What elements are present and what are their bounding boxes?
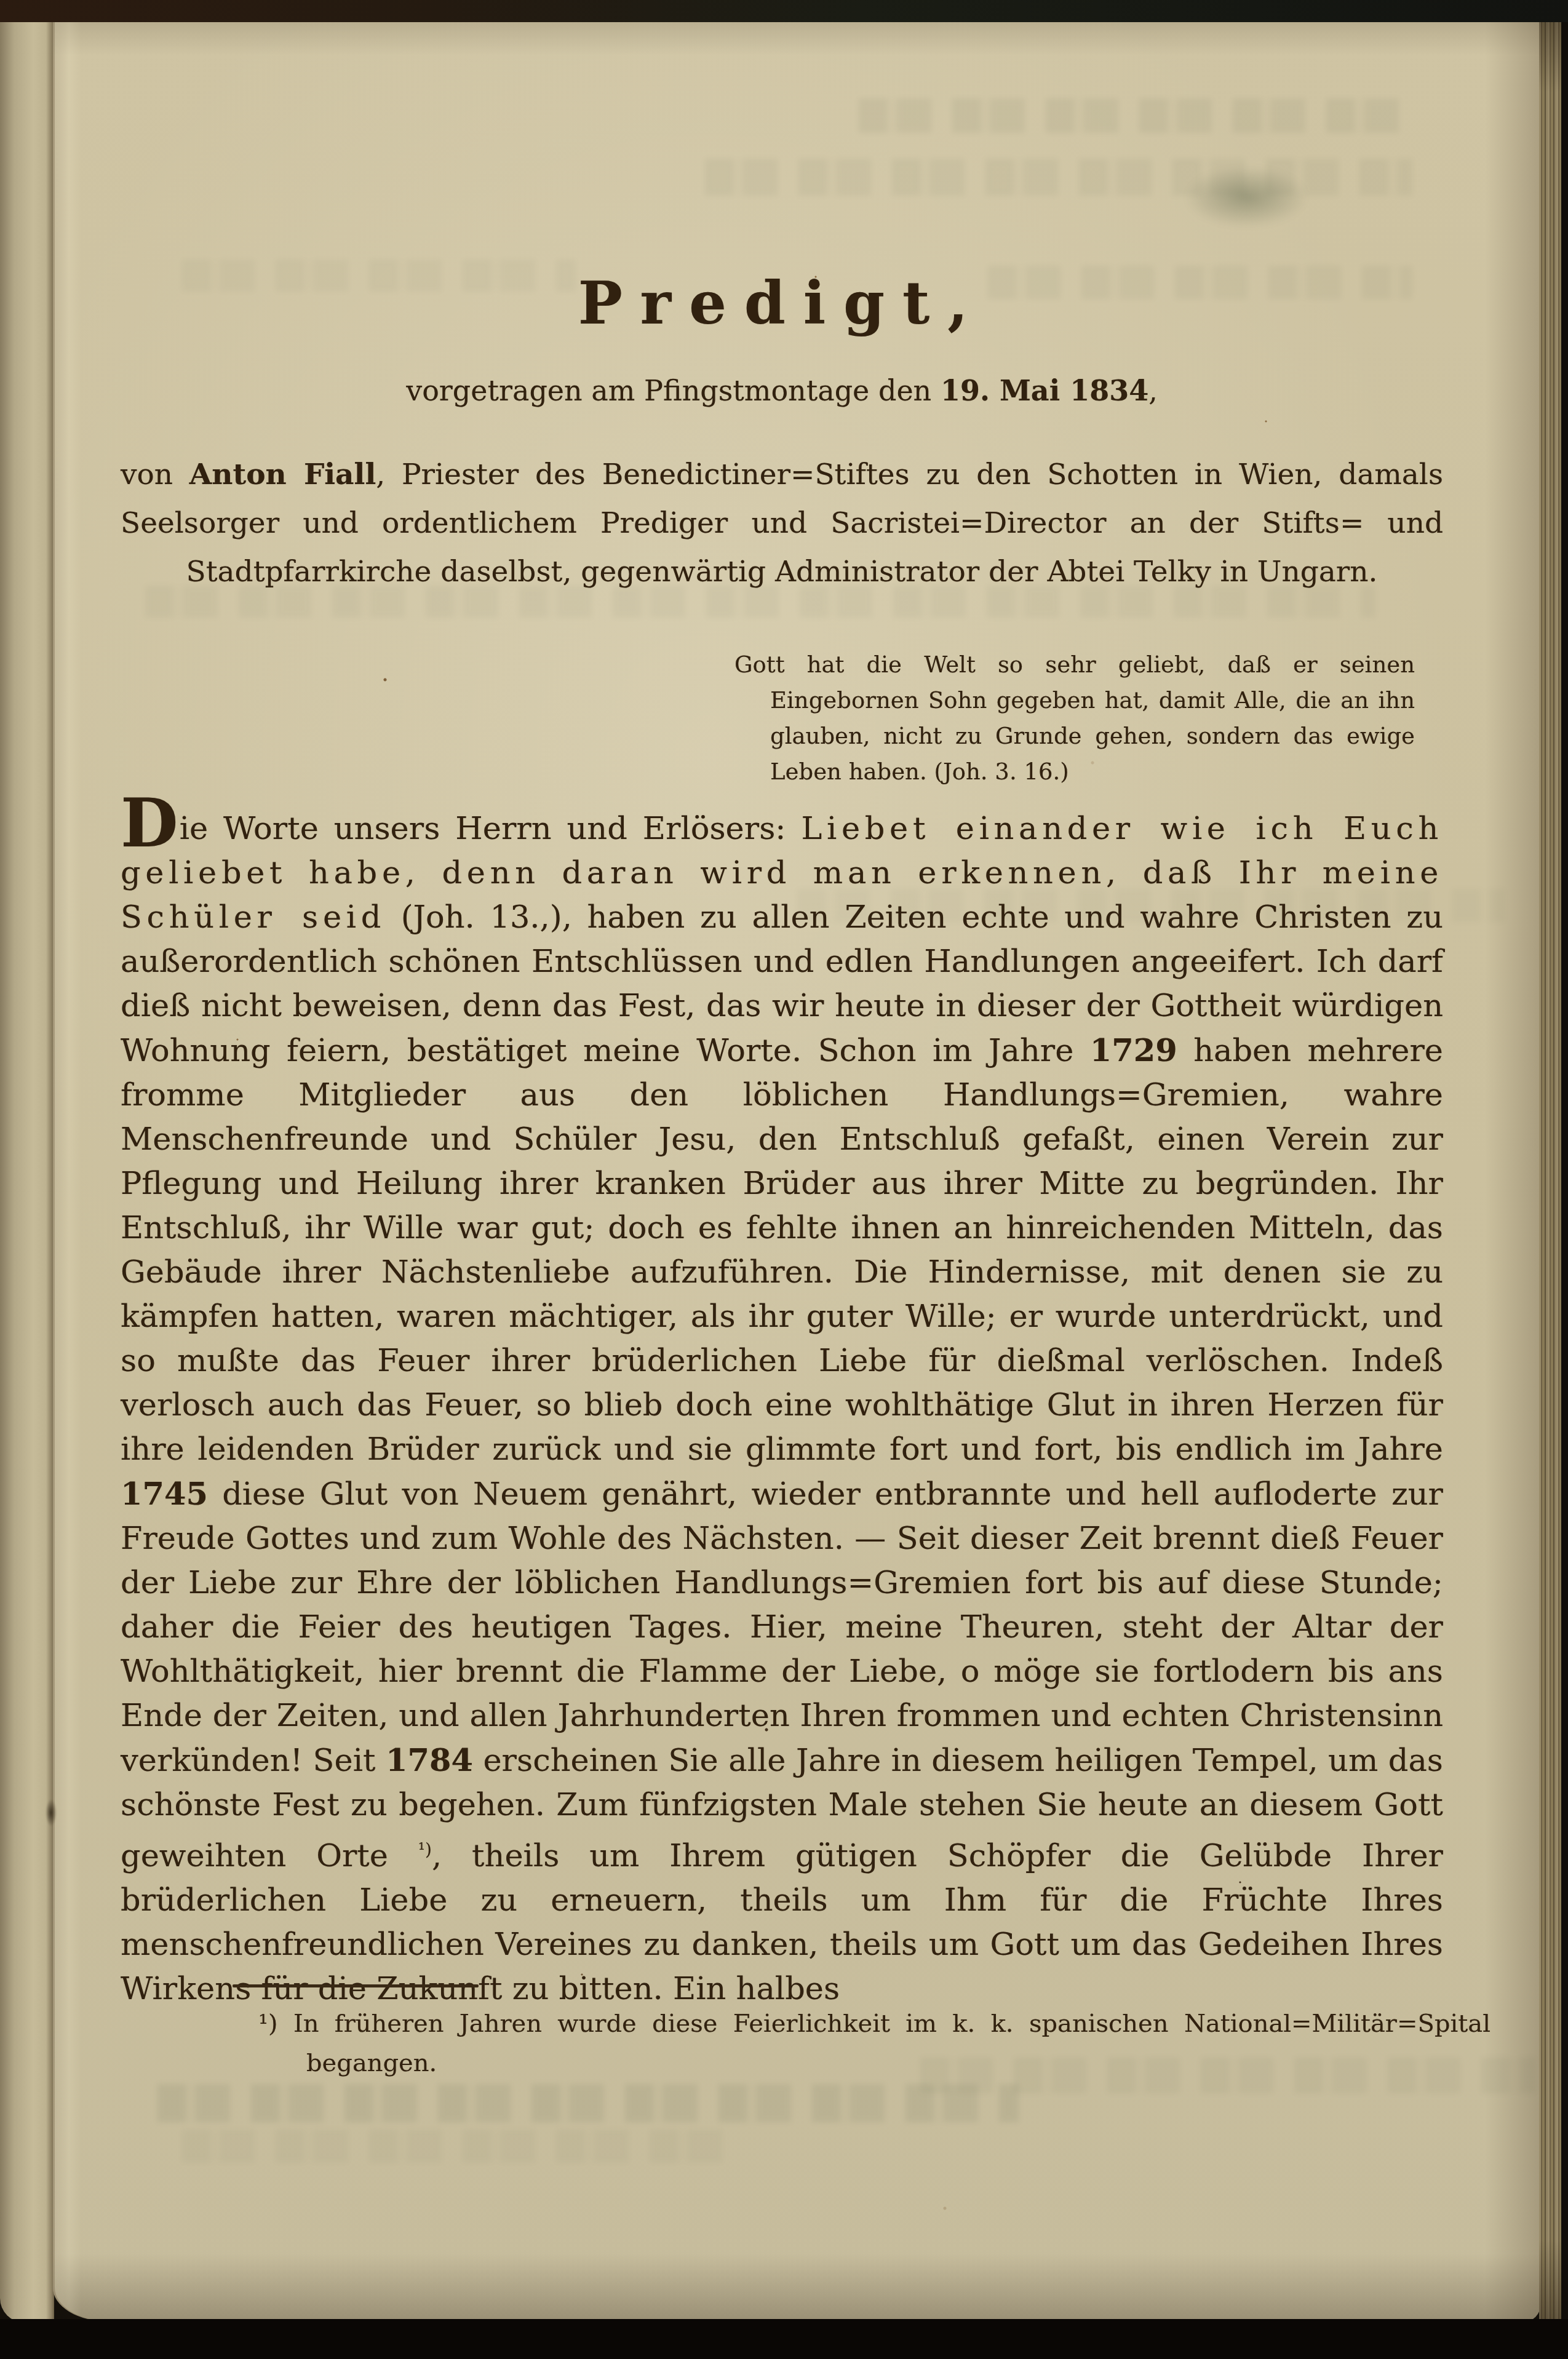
faded-page-number-smudge [1185, 166, 1308, 228]
footnote-marker: ¹) [258, 2010, 278, 2038]
sermon-body: Die Worte unsers Herrn und Erlösers: Lie… [121, 807, 1443, 2011]
previous-page-edge [0, 17, 54, 2323]
year-1729: 1729 [1090, 1032, 1177, 1069]
sermon-title: Predigt, [121, 269, 1443, 337]
footnote-reference-mark: ¹) [418, 1839, 432, 1860]
page-stack-edge [1539, 18, 1562, 2325]
showthrough-ghost [157, 2084, 1019, 2122]
footnote: ¹) In früheren Jahren wurde diese Feierl… [258, 2004, 1490, 2083]
date-line: vorgetragen am Pfingstmontage den 19. Ma… [121, 374, 1443, 407]
showthrough-ghost [182, 2130, 736, 2163]
author-name: Anton Fiall [189, 458, 376, 491]
page: Predigt, vorgetragen am Pfingstmontage d… [53, 18, 1540, 2321]
author-intro: von [121, 458, 189, 491]
year-1745: 1745 [121, 1476, 208, 1513]
date-line-date: 19. Mai 1834 [941, 374, 1148, 407]
showthrough-ghost [859, 98, 1400, 133]
body-seg2: haben mehrere fromme Mitglieder aus den … [121, 1033, 1443, 1468]
body-seg3: diese Glut von Neuem genährt, wieder ent… [121, 1476, 1443, 1779]
footnote-separator-rule [233, 1984, 479, 1987]
book-cover-edge [1561, 0, 1568, 2359]
date-line-prefix: vorgetragen am Pfingstmontage den [406, 374, 941, 407]
drop-cap: D [121, 785, 180, 862]
body-opening: ie Worte unsers Herrn und Erlösers: [180, 811, 802, 847]
footnote-text: In früheren Jahren wurde diese Feierlich… [278, 2010, 1490, 2077]
date-line-suffix: , [1148, 374, 1158, 407]
year-1784: 1784 [386, 1742, 473, 1779]
epigraph-text: Gott hat die Welt so sehr geliebt, daß e… [734, 651, 1415, 785]
scanned-book-page: Predigt, vorgetragen am Pfingstmontage d… [0, 0, 1568, 2359]
book-bottom-edge [0, 2319, 1568, 2359]
book-top-edge [0, 0, 1568, 22]
author-paragraph: von Anton Fiall, Priester des Benedictin… [121, 450, 1443, 596]
scripture-epigraph: Gott hat die Welt so sehr geliebt, daß e… [734, 647, 1415, 790]
epigraph-citation: (Joh. 3. 16.) [927, 758, 1069, 785]
binding-notch [46, 1799, 57, 1826]
